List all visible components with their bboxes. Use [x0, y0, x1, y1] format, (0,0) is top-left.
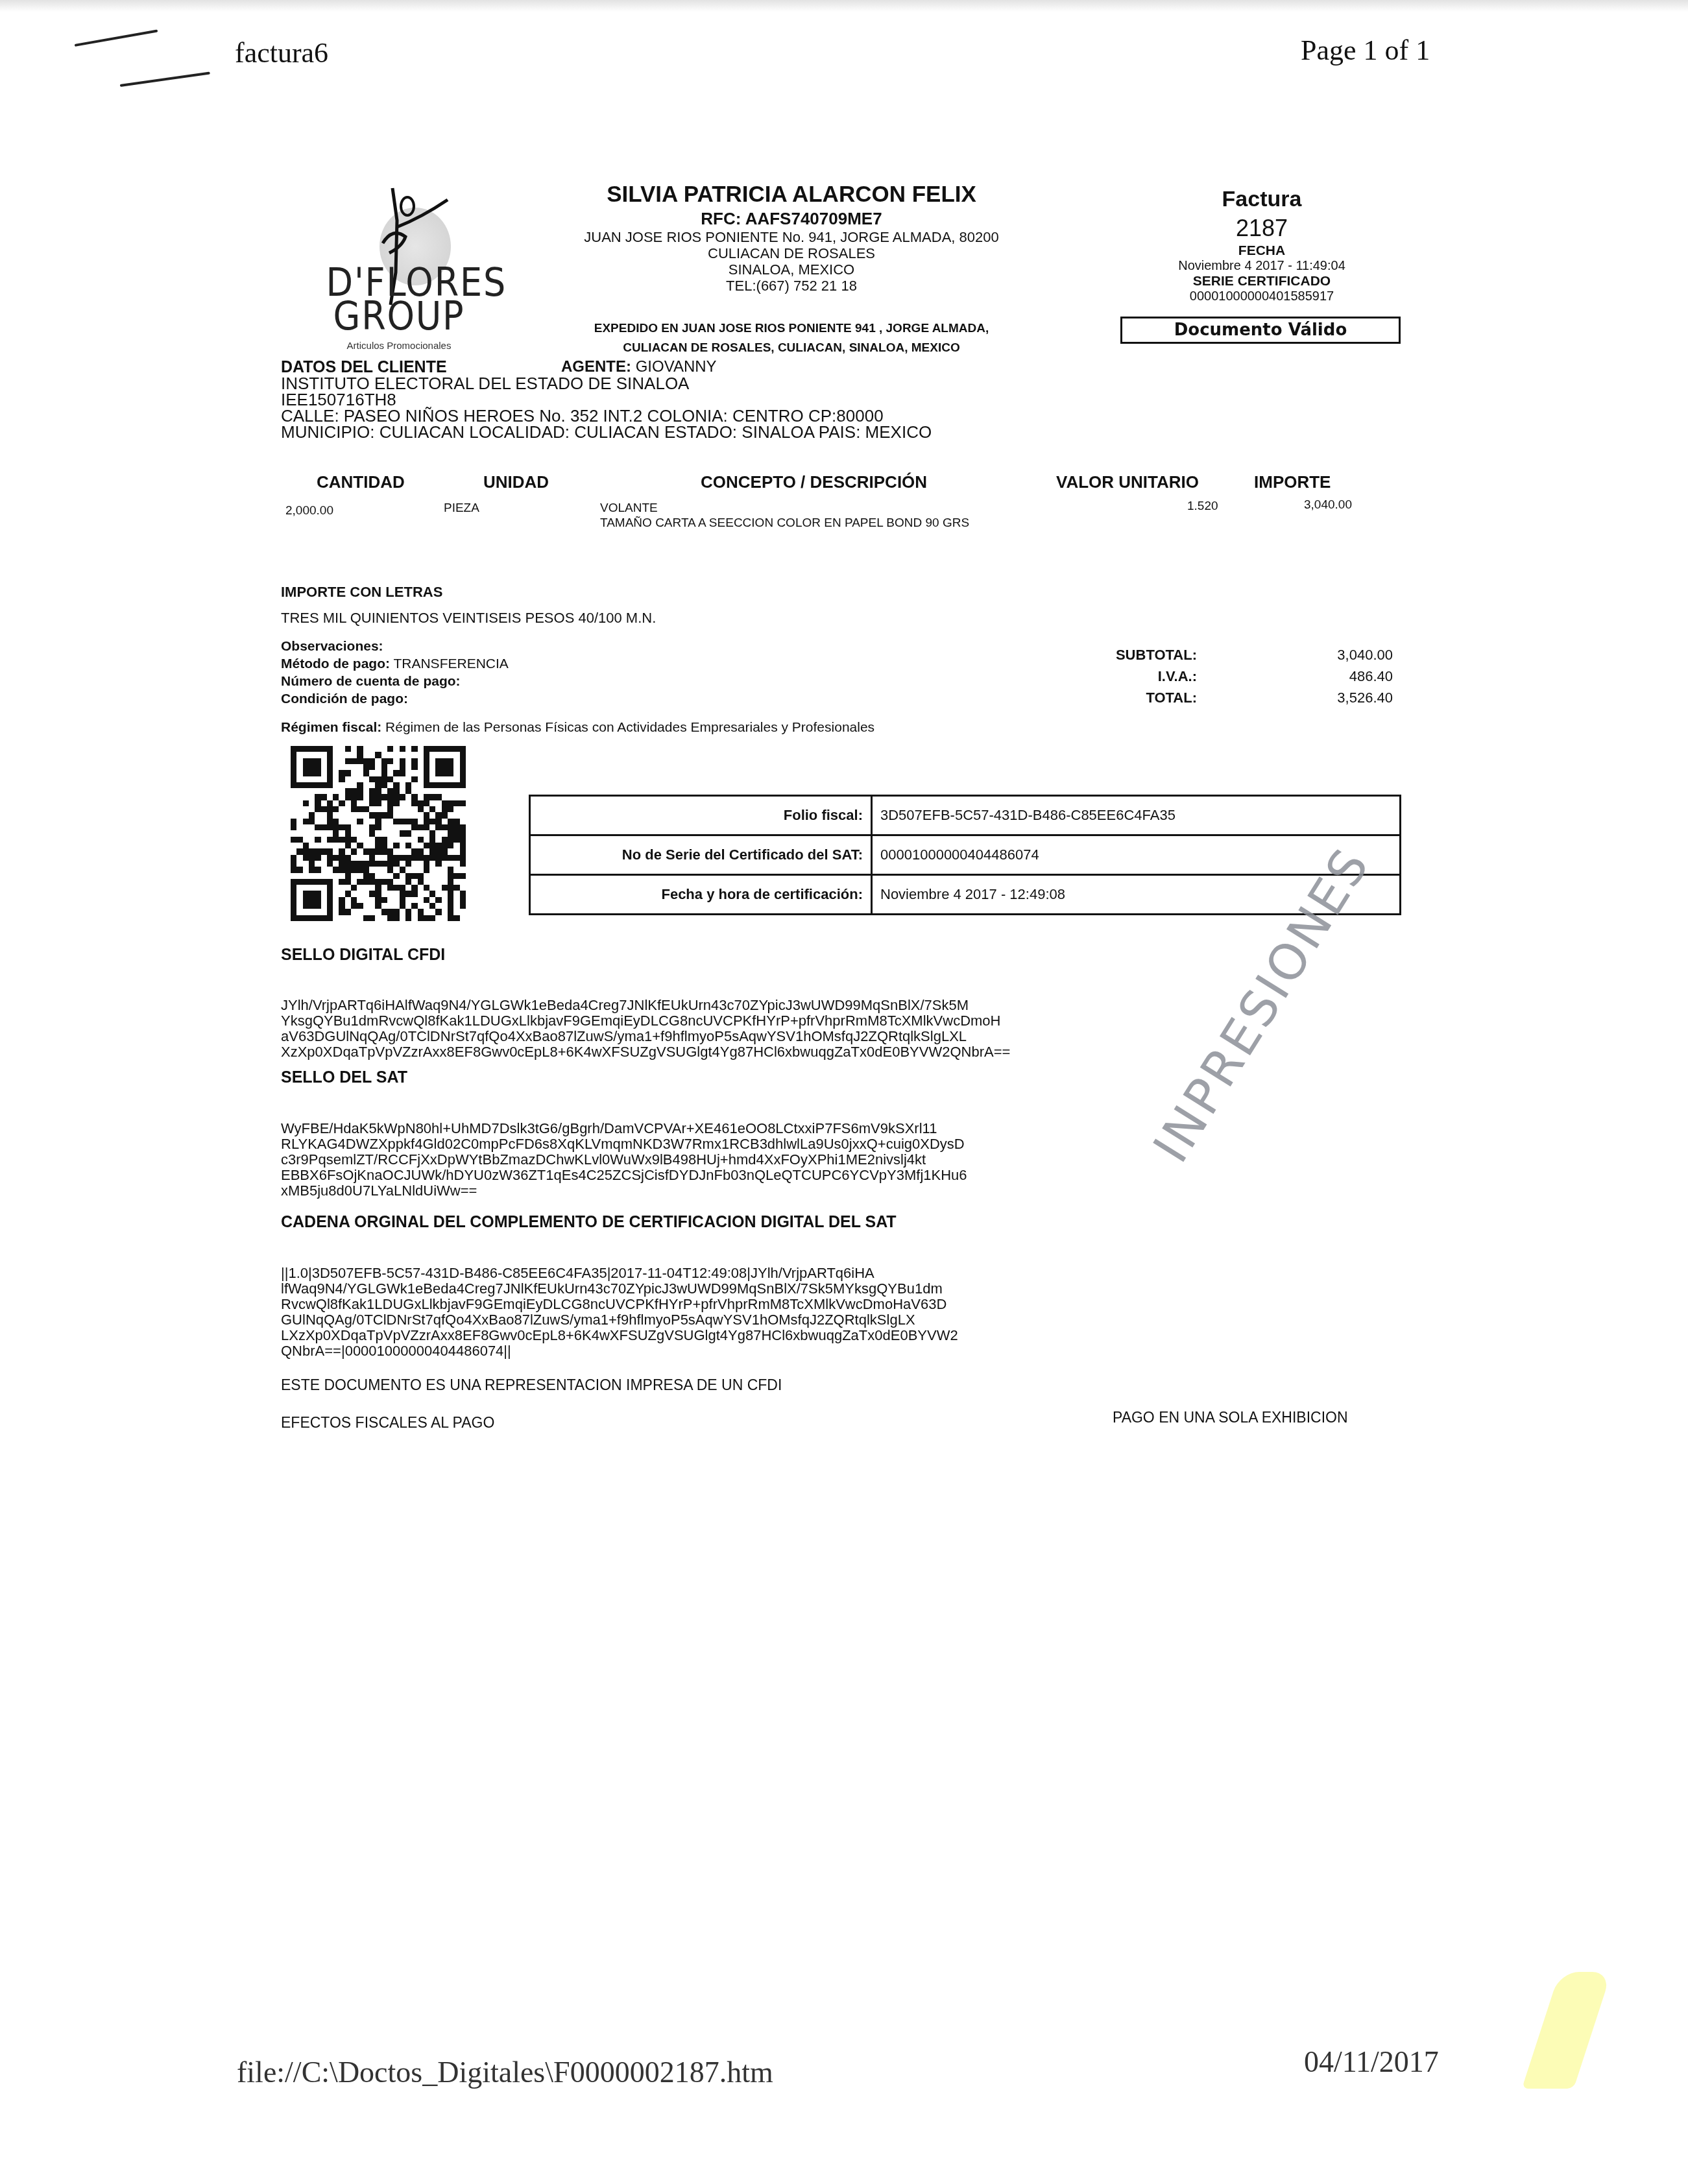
expedido-en: EXPEDIDO EN JUAN JOSE RIOS PONIENTE 941 …	[538, 319, 1044, 358]
payment-condition-label: Condición de pago:	[281, 691, 408, 706]
agent: AGENTE: GIOVANNY	[561, 358, 717, 376]
invoice-number: 2187	[1122, 215, 1401, 242]
invoice-date: Noviembre 4 2017 - 11:49:04	[1122, 259, 1401, 274]
sello-sat-value: WyFBE/HdaK5kWpN80hl+UhMD7Dslk3tG6/gBgrh/…	[281, 1090, 1124, 1214]
sello-cfdi-title: SELLO DIGITAL CFDI	[281, 946, 445, 965]
logo-brand-text: D'FLORES GROUP	[326, 266, 472, 333]
column-header-unidad: UNIDAD	[483, 472, 549, 492]
issuer-phone: TEL:(667) 752 21 18	[538, 278, 1044, 294]
subtotal-value: 3,040.00	[1288, 644, 1393, 666]
print-header-title: factura6	[235, 36, 328, 69]
logo-tagline: Articulos Promocionales	[318, 341, 480, 352]
table-row: Folio fiscal: 3D507EFB-5C57-431D-B486-C8…	[530, 796, 1401, 835]
cell-descripcion: TAMAÑO CARTA A SEECCION COLOR EN PAPEL B…	[600, 516, 969, 531]
folio-fiscal-value: 3D507EFB-5C57-431D-B486-C85EE6C4FA35	[872, 796, 1401, 835]
column-header-cantidad: CANTIDAD	[317, 472, 405, 492]
tax-regime-value: Régimen de las Personas Físicas con Acti…	[385, 720, 874, 735]
cell-valor-unitario: 1.520	[1187, 499, 1218, 514]
total-value: 3,526.40	[1288, 687, 1393, 708]
iva-label: I.V.A.:	[1090, 666, 1197, 687]
iva-value: 486.40	[1288, 666, 1393, 687]
qr-code	[291, 746, 466, 921]
folio-fiscal-label: Folio fiscal:	[530, 796, 872, 835]
invoice-date-label: FECHA	[1122, 243, 1401, 259]
amount-words-label: IMPORTE CON LETRAS	[281, 579, 656, 605]
issuer-rfc: RFC: AAFS740709ME7	[538, 209, 1044, 229]
company-logo: D'FLORES GROUP Articulos Promocionales	[318, 182, 480, 357]
certificate-serial-label: SERIE CERTIFICADO	[1122, 274, 1401, 289]
sello-cfdi-value: JYlh/VrjpARTq6iHAlfWaq9N4/YGLGWk1eBeda4C…	[281, 966, 1124, 1075]
issuer-address-line: JUAN JOSE RIOS PONIENTE No. 941, JORGE A…	[538, 229, 1044, 245]
totals-labels: SUBTOTAL: I.V.A.: TOTAL:	[1090, 644, 1197, 708]
cfdi-representation-legend: ESTE DOCUMENTO ES UNA REPRESENTACION IMP…	[281, 1376, 782, 1394]
certificate-serial: 00001000000401585917	[1122, 289, 1401, 304]
payment-account-label: Número de cuenta de pago:	[281, 674, 461, 689]
single-payment-legend: PAGO EN UNA SOLA EXHIBICION	[1113, 1409, 1348, 1426]
certification-date-label: Fecha y hora de certificación:	[530, 875, 872, 915]
total-label: TOTAL:	[1090, 687, 1197, 708]
issuer-block: SILVIA PATRICIA ALARCON FELIX RFC: AAFS7…	[538, 182, 1044, 294]
payment-method-label: Método de pago:	[281, 656, 390, 671]
column-header-importe: IMPORTE	[1254, 472, 1331, 492]
pen-mark	[120, 72, 210, 87]
fiscal-effects-legend: EFECTOS FISCALES AL PAGO	[281, 1414, 494, 1432]
payment-details: Observaciones: Método de pago: TRANSFERE…	[281, 638, 509, 708]
validity-status-badge: Documento Válido	[1120, 317, 1401, 344]
column-header-concepto: CONCEPTO / DESCRIPCIÓN	[701, 472, 927, 492]
totals-values: 3,040.00 486.40 3,526.40	[1288, 644, 1393, 708]
sat-certificate-label: No de Serie del Certificado del SAT:	[530, 835, 872, 875]
issuer-name: SILVIA PATRICIA ALARCON FELIX	[538, 182, 1044, 208]
column-header-valor-unitario: VALOR UNITARIO	[1056, 472, 1199, 492]
table-row: Fecha y hora de certificación: Noviembre…	[530, 875, 1401, 915]
print-header-page: Page 1 of 1	[1301, 34, 1430, 67]
amount-in-words: IMPORTE CON LETRAS TRES MIL QUINIENTOS V…	[281, 579, 656, 631]
table-row: No de Serie del Certificado del SAT: 000…	[530, 835, 1401, 875]
scan-edge-shadow	[0, 0, 1688, 12]
agent-name: GIOVANNY	[636, 358, 717, 376]
pen-mark	[75, 29, 158, 47]
payment-method-value: TRANSFERENCIA	[393, 656, 508, 671]
cell-importe: 3,040.00	[1304, 498, 1352, 512]
cell-concepto: VOLANTE	[600, 501, 658, 516]
subtotal-label: SUBTOTAL:	[1090, 644, 1197, 666]
cadena-original-title: CADENA ORGINAL DEL COMPLEMENTO DE CERTIF…	[281, 1213, 897, 1232]
invoice-title: Factura	[1122, 187, 1401, 212]
cell-unidad: PIEZA	[444, 501, 479, 516]
issuer-address-line: CULIACAN DE ROSALES	[538, 245, 1044, 261]
invoice-info: Factura 2187 FECHA Noviembre 4 2017 - 11…	[1122, 187, 1401, 304]
cell-cantidad: 2,000.00	[285, 504, 333, 518]
observations-label: Observaciones:	[281, 639, 383, 654]
cadena-original-value: ||1.0|3D507EFB-5C57-431D-B486-C85EE6C4FA…	[281, 1234, 1124, 1374]
agent-label: AGENTE:	[561, 358, 631, 376]
tax-regime-label: Régimen fiscal:	[281, 720, 381, 735]
highlighter-mark	[1522, 1972, 1611, 2089]
issuer-address-line: SINALOA, MEXICO	[538, 261, 1044, 278]
certification-table: Folio fiscal: 3D507EFB-5C57-431D-B486-C8…	[529, 795, 1401, 915]
client-location: MUNICIPIO: CULIACAN LOCALIDAD: CULIACAN …	[281, 424, 932, 440]
amount-words-value: TRES MIL QUINIENTOS VEINTISEIS PESOS 40/…	[281, 605, 656, 631]
sello-sat-title: SELLO DEL SAT	[281, 1068, 407, 1087]
print-footer-path: file://C:\Doctos_Digitales\F0000002187.h…	[237, 2055, 773, 2089]
print-footer-date: 04/11/2017	[1304, 2045, 1439, 2079]
tax-regime: Régimen fiscal: Régimen de las Personas …	[281, 720, 874, 736]
